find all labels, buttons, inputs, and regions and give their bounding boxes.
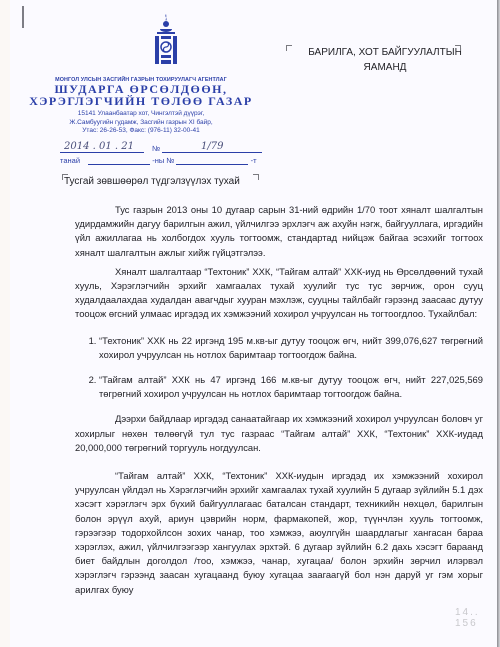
soyombo-emblem-icon xyxy=(152,12,180,68)
agency-address: 15141 Улаанбаатар хот, Чингэлтэй дүүрэг,… xyxy=(24,110,258,136)
recipient-line2: ЯАМАНД xyxy=(290,60,480,75)
your-number-label: -ны № xyxy=(152,156,174,165)
body-paragraph: Тус газрын 2013 оны 10 дугаар сарын 31-н… xyxy=(75,203,483,260)
contact-line: Утас: 26-26-53, Факс: (976-11) 32-00-41 xyxy=(24,127,258,136)
recipient-line1: БАРИЛГА, ХОТ БАЙГУУЛАЛТЫН xyxy=(290,45,480,60)
letter-date: 2014 . 01 . 21 xyxy=(64,141,134,152)
body-paragraph: Дээрхи байдлаар иргэдэд санаатайгаар их … xyxy=(75,412,483,455)
received-stamp-number: 14.. 156 xyxy=(455,607,500,629)
letter-number: 1/79 xyxy=(201,141,223,152)
number-label: № xyxy=(152,144,160,153)
subject-bracket-right xyxy=(253,174,259,180)
your-number-field xyxy=(176,164,248,165)
agency-name: ШУДАРГА ӨРСӨЛДӨӨН, ХЭРЭГЛЭГЧИЙН ТӨЛӨӨ ГА… xyxy=(24,83,258,107)
address-line: 15141 Улаанбаатар хот, Чингэлтэй дүүрэг, xyxy=(24,110,258,119)
violations-list: “Техтоник” ХХК нь 22 иргэнд 195 м.кв-ыг … xyxy=(75,334,483,402)
body-paragraph: “Тайгам алтай” ХХК, “Техтоник” ХХК-иудын… xyxy=(75,469,483,597)
letter-subject: Тусгай зөвшөөрөл түдгэлзүүлэх тухай xyxy=(64,176,240,187)
suffix-label: -т xyxy=(251,156,257,165)
recipient-bracket-right xyxy=(455,45,461,51)
letter-body: Тус газрын 2013 оны 10 дугаар сарын 31-н… xyxy=(75,203,483,597)
list-item: “Техтоник” ХХК нь 22 иргэнд 195 м.кв-ыг … xyxy=(99,334,483,362)
reference-date-row: 2014 . 01 . 21 № 1/79 xyxy=(60,141,262,153)
recipient-block: БАРИЛГА, ХОТ БАЙГУУЛАЛТЫН ЯАМАНД xyxy=(290,45,480,75)
agency-name-line2: ХЭРЭГЛЭГЧИЙН ТӨЛӨӨ ГАЗАР xyxy=(24,95,258,107)
staple-mark xyxy=(22,6,24,28)
reference-reply-row: танай -ны № -т xyxy=(60,156,257,165)
list-item: “Тайгам алтай” ХХК нь 47 иргэнд 166 м.кв… xyxy=(99,373,483,401)
address-line: Ж.Самбуугийн гудамж, Засгийн газрын XI б… xyxy=(24,119,258,128)
body-paragraph: Хяналт шалгалтаар “Техтоник” ХХК, “Тайга… xyxy=(75,265,483,322)
your-date-field xyxy=(88,164,150,165)
your-label: танай xyxy=(60,156,80,165)
